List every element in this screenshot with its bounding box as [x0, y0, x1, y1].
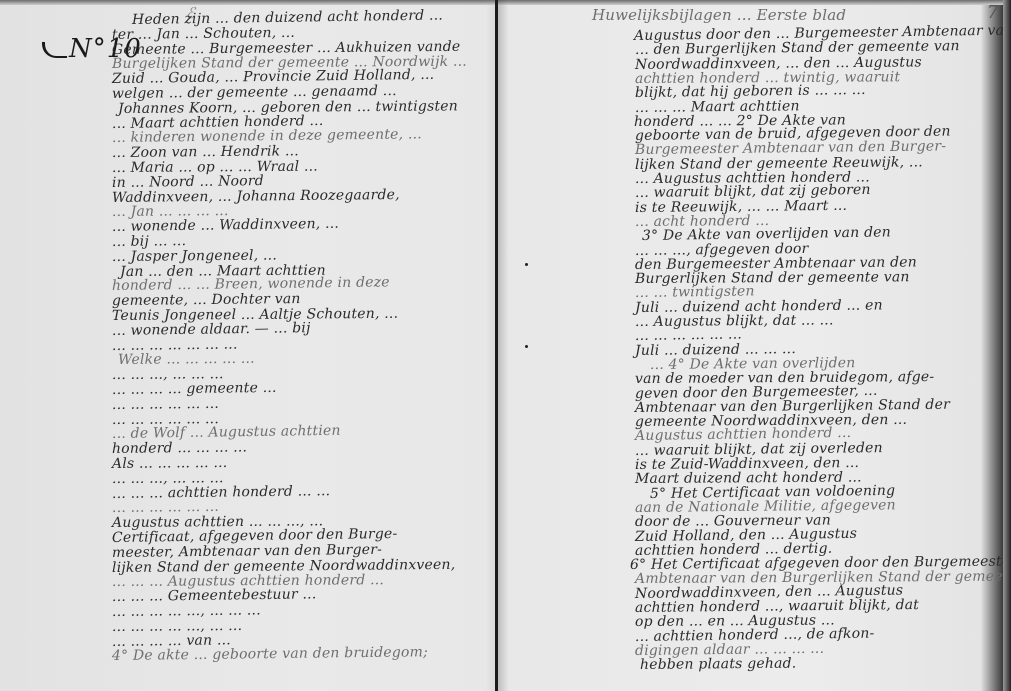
right-page: Huwelijksbijlagen ... Eerste blad 7 Augu… [500, 0, 1003, 691]
handwritten-line: 4° De akte ... geboorte van den bruidego… [112, 645, 428, 665]
ink-speck [525, 345, 528, 348]
handwritten-line: ... ... ... ... ... ... [112, 396, 219, 413]
document-scan: ℰ N°10 Heden zijn ... den duizend acht h… [0, 0, 1011, 691]
entry-flourish-icon [42, 42, 67, 58]
left-page: ℰ N°10 Heden zijn ... den duizend acht h… [0, 0, 495, 691]
handwritten-line: ... wonende ... Waddinxveen, ... [112, 216, 339, 235]
ink-speck [525, 263, 528, 266]
page-number: 7 [987, 2, 998, 23]
right-page-header: Huwelijksbijlagen ... Eerste blad [592, 6, 846, 24]
handwritten-line: hebben plaats gehad. [640, 656, 797, 673]
page-right-edge [1003, 0, 1011, 691]
